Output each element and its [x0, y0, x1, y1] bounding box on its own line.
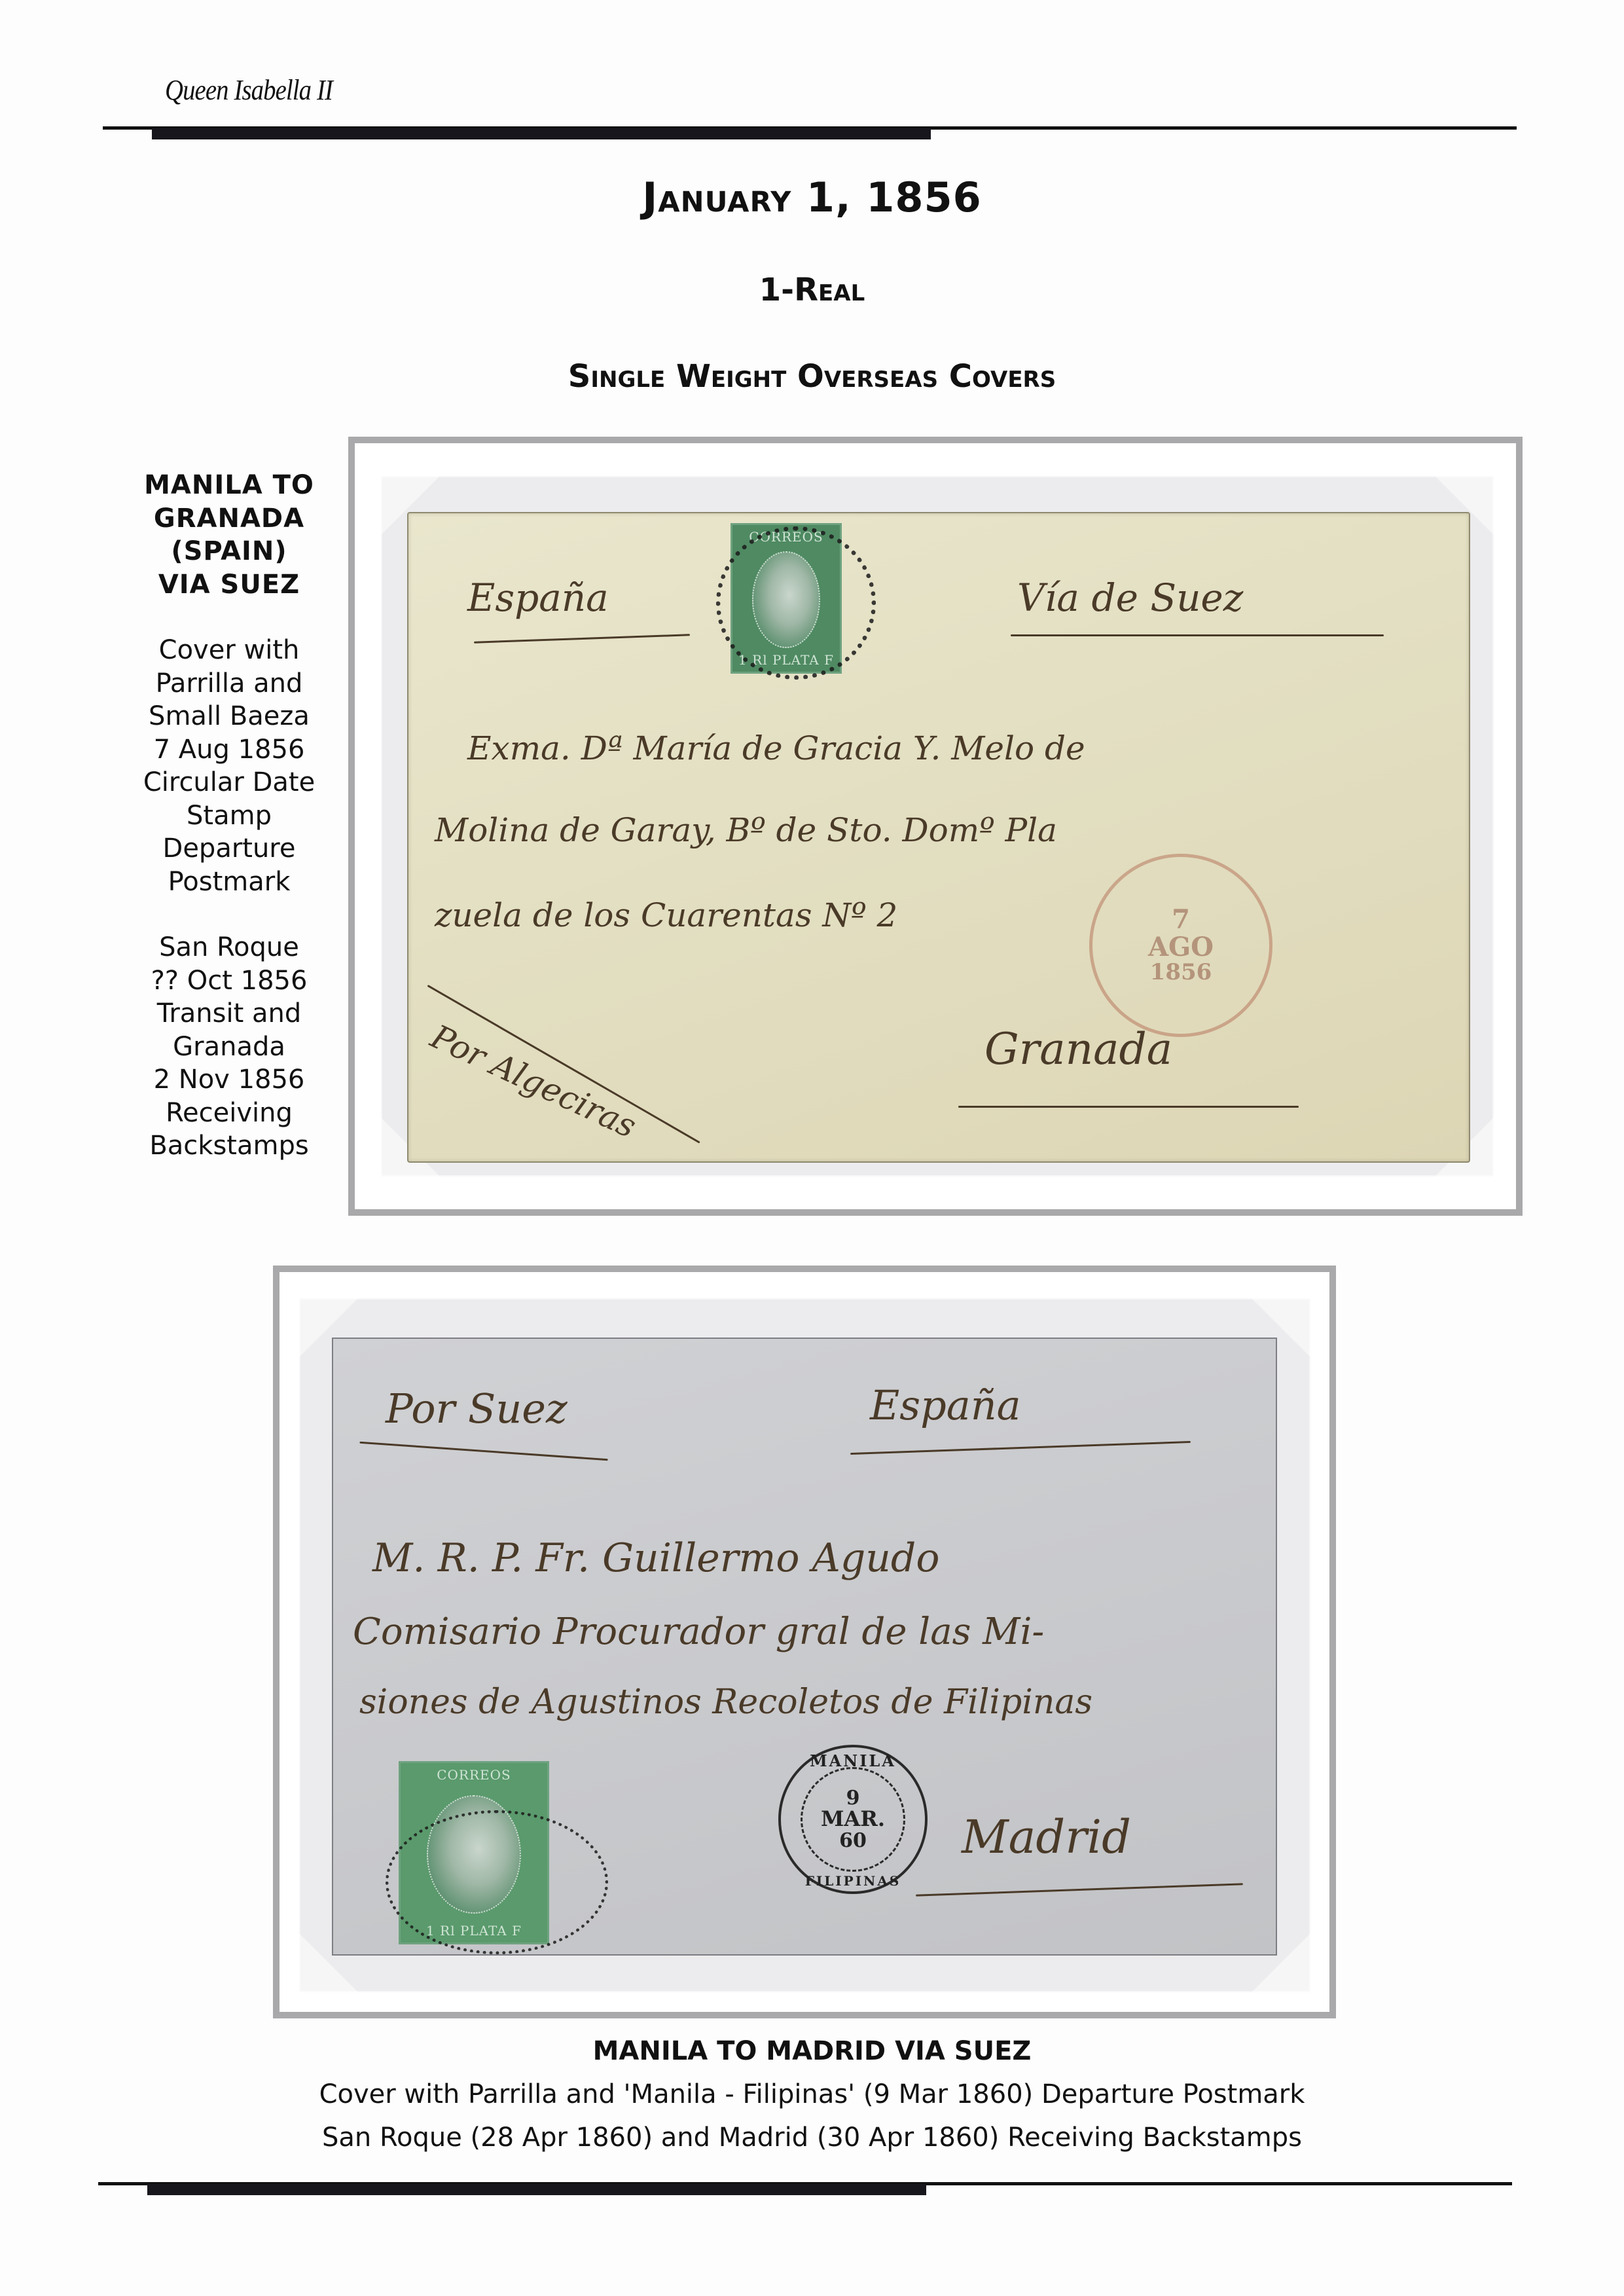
cover1-backstamp-line: 2 Nov 1856: [98, 1063, 360, 1097]
running-title: Queen Isabella II: [165, 73, 333, 107]
page-title-value: 1-Real: [0, 272, 1624, 308]
cover1-manuscript-routing: Por Algeciras: [425, 1017, 641, 1146]
cover1-underline: [1011, 634, 1384, 636]
cover1-description-line: Cover with: [98, 634, 360, 667]
cover1-description-line: 7 Aug 1856: [98, 733, 360, 767]
cover1-backstamp-line: San Roque: [98, 931, 360, 964]
cover1-description-line: Stamp: [98, 799, 360, 833]
postmark-day: 7: [1172, 906, 1190, 934]
cover2-caption-heading: MANILA TO MADRID VIA SUEZ: [0, 2030, 1624, 2073]
page-title-subject: Single Weight Overseas Covers: [0, 358, 1624, 395]
cover1-address-line: Molina de Garay, Bº de Sto. Domº Pla: [435, 811, 1057, 849]
cover1-backstamp-line: Transit and: [98, 997, 360, 1030]
cover1-frame: España CORREOS 1 Rl PLATA F Vía de Suez …: [348, 437, 1523, 1216]
cover1-backstamp-line: ?? Oct 1856: [98, 964, 360, 998]
cover1-description-line: Parrilla and: [98, 667, 360, 701]
cover2-underline: [359, 1442, 607, 1461]
postmark-month: MAR.: [821, 1808, 885, 1831]
cover1-heading-line: GRANADA: [98, 502, 360, 536]
cover1-heading: MANILA TO GRANADA (SPAIN) VIA SUEZ: [98, 469, 360, 601]
cover1-description: Cover with Parrilla and Small Baeza 7 Au…: [98, 634, 360, 898]
stamp-top-label: CORREOS: [401, 1767, 547, 1783]
cover2-manuscript-espana: España: [870, 1381, 1021, 1429]
cover2-address-line: M. R. P. Fr. Guillermo Agudo: [372, 1535, 939, 1581]
cover2-envelope: Por Suez España M. R. P. Fr. Guillermo A…: [332, 1338, 1277, 1956]
cover1-underline: [474, 634, 690, 644]
cover1-description-line: Small Baeza: [98, 700, 360, 733]
cover2-caption-line: San Roque (28 Apr 1860) and Madrid (30 A…: [0, 2116, 1624, 2159]
cover2-underline: [916, 1883, 1243, 1896]
postmark-year: 1856: [1150, 961, 1212, 985]
cover1-backstamp-line: Granada: [98, 1030, 360, 1064]
cover2-underline: [850, 1441, 1191, 1455]
cover1-description-line: Postmark: [98, 866, 360, 899]
cover1-heading-line: (SPAIN): [98, 535, 360, 568]
cover1-underline: [958, 1106, 1299, 1108]
cover2-caption: MANILA TO MADRID VIA SUEZ Cover with Par…: [0, 2030, 1624, 2159]
cover1-description-line: Circular Date: [98, 766, 360, 799]
header-rule-thick: [152, 128, 931, 139]
cover2-frame: Por Suez España M. R. P. Fr. Guillermo A…: [273, 1266, 1336, 2018]
cover1-heading-line: MANILA TO: [98, 469, 360, 502]
postmark-day: 9: [846, 1788, 860, 1809]
cover1-backstamps: San Roque ?? Oct 1856 Transit and Granad…: [98, 931, 360, 1163]
cover1-address-line: zuela de los Cuarentas Nº 2: [435, 896, 897, 934]
manila-filipinas-date-postmark: MANILA 9 MAR. 60 FILIPINAS: [778, 1745, 928, 1894]
cover2-caption-line: Cover with Parrilla and 'Manila - Filipi…: [0, 2073, 1624, 2116]
postmark-ring-bottom: FILIPINAS: [805, 1873, 901, 1889]
cover2-manuscript-destination: Madrid: [962, 1810, 1131, 1864]
cover1-manuscript-destination: Granada: [984, 1024, 1172, 1074]
cover2-address-line: siones de Agustinos Recoletos de Filipin…: [359, 1683, 1092, 1722]
cover1-manuscript-via-suez: Vía de Suez: [1017, 575, 1243, 620]
manila-red-date-postmark: 7 AGO 1856: [1089, 854, 1272, 1037]
cover1-mount: España CORREOS 1 Rl PLATA F Vía de Suez …: [381, 476, 1494, 1176]
postmark-ring-top: MANILA: [810, 1751, 896, 1770]
cover2-address-line: Comisario Procurador gral de las Mi-: [353, 1611, 1044, 1653]
cover1-side-caption: MANILA TO GRANADA (SPAIN) VIA SUEZ Cover…: [98, 469, 360, 1163]
cover1-description-line: Departure: [98, 832, 360, 866]
cover1-backstamp-line: Receiving: [98, 1097, 360, 1130]
parrilla-cancel-icon: [386, 1810, 608, 1954]
parrilla-cancel-icon: [716, 526, 876, 680]
cover2-manuscript-por-suez: Por Suez: [386, 1385, 568, 1432]
footer-rule-thick: [147, 2184, 926, 2195]
cover1-heading-line: VIA SUEZ: [98, 568, 360, 602]
cover1-envelope: España CORREOS 1 Rl PLATA F Vía de Suez …: [407, 512, 1470, 1163]
postmark-year: 60: [839, 1831, 867, 1851]
cover1-backstamp-line: Backstamps: [98, 1129, 360, 1163]
page-title-date: January 1, 1856: [0, 173, 1624, 221]
cover1-address-line: Exma. Dª María de Gracia Y. Melo de: [467, 729, 1085, 767]
cover1-manuscript-espana: España: [467, 575, 609, 620]
cover2-mount: Por Suez España M. R. P. Fr. Guillermo A…: [299, 1298, 1310, 1992]
postmark-month: AGO: [1148, 934, 1214, 961]
